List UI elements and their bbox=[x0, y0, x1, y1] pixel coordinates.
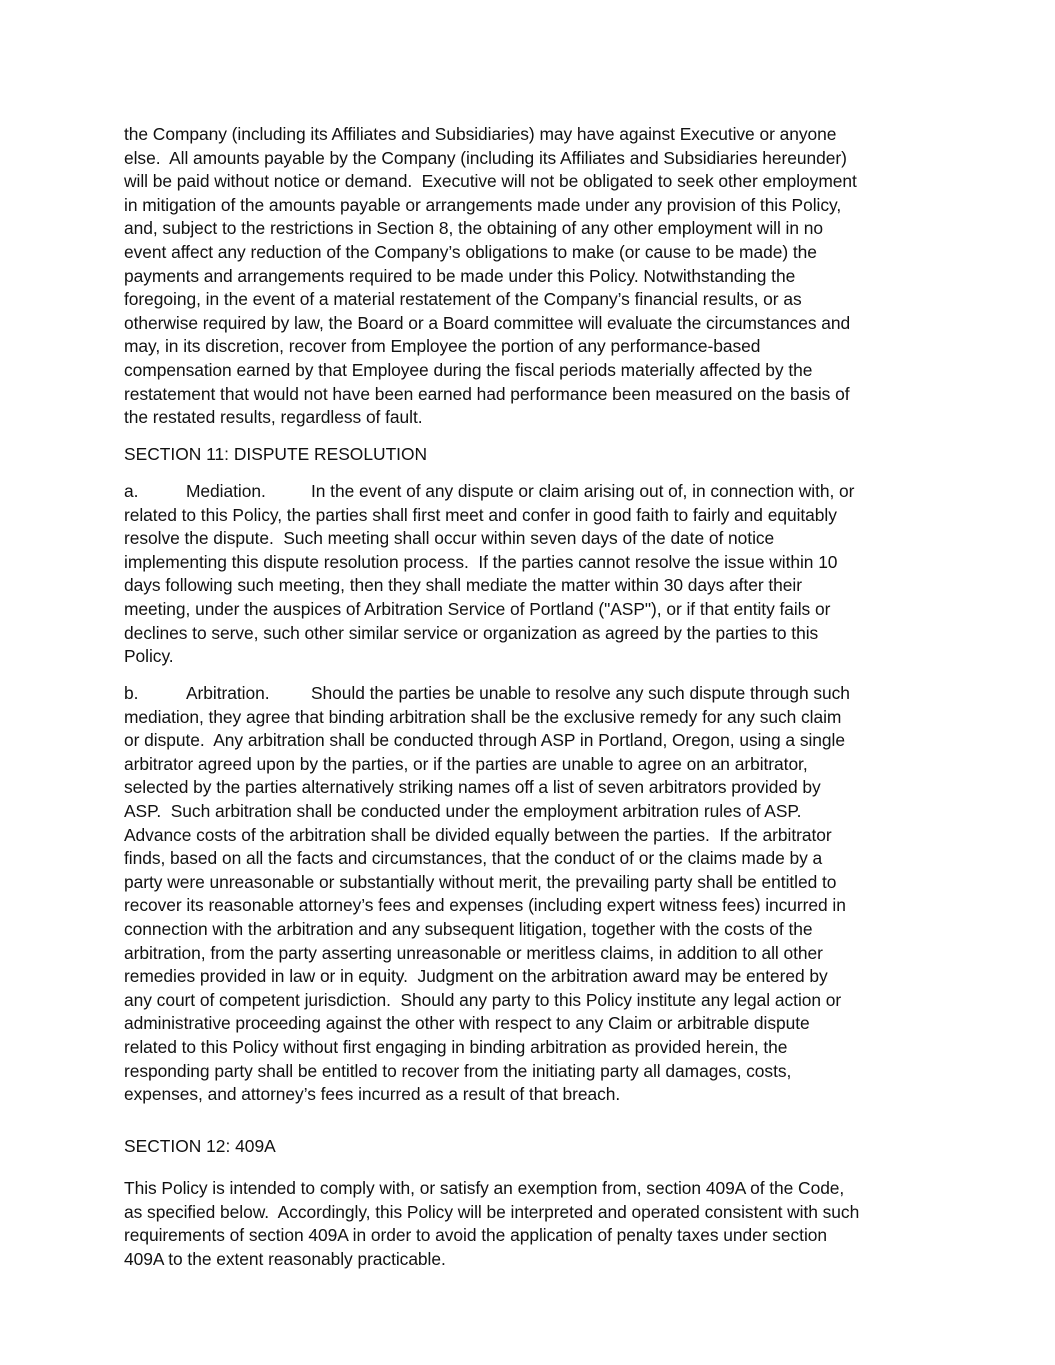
text-line: connection with the arbitration and any … bbox=[124, 918, 954, 942]
text-line: declines to serve, such other similar se… bbox=[124, 622, 954, 646]
text-line: compensation earned by that Employee dur… bbox=[124, 359, 954, 383]
continuation-paragraph: the Company (including its Affiliates an… bbox=[124, 123, 954, 430]
text-line: days following such meeting, then they s… bbox=[124, 574, 954, 598]
document-page: the Company (including its Affiliates an… bbox=[0, 0, 1055, 1365]
text-line: the Company (including its Affiliates an… bbox=[124, 123, 954, 147]
item-title: Arbitration. bbox=[186, 682, 311, 706]
text-line: or dispute. Any arbitration shall be con… bbox=[124, 729, 954, 753]
item-first-line-text: In the event of any dispute or claim ari… bbox=[311, 481, 854, 501]
text-line: resolve the dispute. Such meeting shall … bbox=[124, 527, 954, 551]
text-line: party were unreasonable or substantially… bbox=[124, 871, 954, 895]
text-line: finds, based on all the facts and circum… bbox=[124, 847, 954, 871]
arbitration-first-line: b.Arbitration.Should the parties be unab… bbox=[124, 682, 954, 706]
text-line: responding party shall be entitled to re… bbox=[124, 1060, 954, 1084]
text-line: remedies provided in law or in equity. J… bbox=[124, 965, 954, 989]
text-line: related to this Policy, the parties shal… bbox=[124, 504, 954, 528]
section-heading-text: SECTION 12: 409A bbox=[124, 1135, 954, 1159]
text-line: any court of competent jurisdiction. Sho… bbox=[124, 989, 954, 1013]
section-heading-text: SECTION 11: DISPUTE RESOLUTION bbox=[124, 443, 954, 467]
text-line: arbitration, from the party asserting un… bbox=[124, 942, 954, 966]
item-first-line-text: Should the parties be unable to resolve … bbox=[311, 683, 850, 703]
text-line: otherwise required by law, the Board or … bbox=[124, 312, 954, 336]
text-line: payments and arrangements required to be… bbox=[124, 265, 954, 289]
text-line: expenses, and attorney’s fees incurred a… bbox=[124, 1083, 954, 1107]
text-line: restatement that would not have been ear… bbox=[124, 383, 954, 407]
text-line: may, in its discretion, recover from Emp… bbox=[124, 335, 954, 359]
mediation-first-line: a.Mediation.In the event of any dispute … bbox=[124, 480, 954, 504]
text-line: mediation, they agree that binding arbit… bbox=[124, 706, 954, 730]
text-line: else. All amounts payable by the Company… bbox=[124, 147, 954, 171]
text-line: implementing this dispute resolution pro… bbox=[124, 551, 954, 575]
text-line: foregoing, in the event of a material re… bbox=[124, 288, 954, 312]
item-label: a. bbox=[124, 480, 186, 504]
text-line: administrative proceeding against the ot… bbox=[124, 1012, 954, 1036]
mediation-paragraph: a.Mediation.In the event of any dispute … bbox=[124, 480, 954, 669]
section-12-heading: SECTION 12: 409A bbox=[124, 1135, 954, 1159]
section-12-paragraph: This Policy is intended to comply with, … bbox=[124, 1177, 954, 1271]
text-line: This Policy is intended to comply with, … bbox=[124, 1177, 954, 1201]
text-line: and, subject to the restrictions in Sect… bbox=[124, 217, 954, 241]
text-line: meeting, under the auspices of Arbitrati… bbox=[124, 598, 954, 622]
item-label: b. bbox=[124, 682, 186, 706]
text-line: Policy. bbox=[124, 645, 954, 669]
text-line: as specified below. Accordingly, this Po… bbox=[124, 1201, 954, 1225]
text-line: related to this Policy without first eng… bbox=[124, 1036, 954, 1060]
text-line: selected by the parties alternatively st… bbox=[124, 776, 954, 800]
item-title: Mediation. bbox=[186, 480, 311, 504]
text-line: will be paid without notice or demand. E… bbox=[124, 170, 954, 194]
text-line: ASP. Such arbitration shall be conducted… bbox=[124, 800, 954, 824]
text-line: requirements of section 409A in order to… bbox=[124, 1224, 954, 1248]
arbitration-paragraph: b.Arbitration.Should the parties be unab… bbox=[124, 682, 954, 1107]
section-11-heading: SECTION 11: DISPUTE RESOLUTION bbox=[124, 443, 954, 467]
text-line: the restated results, regardless of faul… bbox=[124, 406, 954, 430]
text-line: arbitrator agreed upon by the parties, o… bbox=[124, 753, 954, 777]
text-line: event affect any reduction of the Compan… bbox=[124, 241, 954, 265]
text-line: Advance costs of the arbitration shall b… bbox=[124, 824, 954, 848]
text-line: in mitigation of the amounts payable or … bbox=[124, 194, 954, 218]
text-line: 409A to the extent reasonably practicabl… bbox=[124, 1248, 954, 1272]
text-line: recover its reasonable attorney’s fees a… bbox=[124, 894, 954, 918]
